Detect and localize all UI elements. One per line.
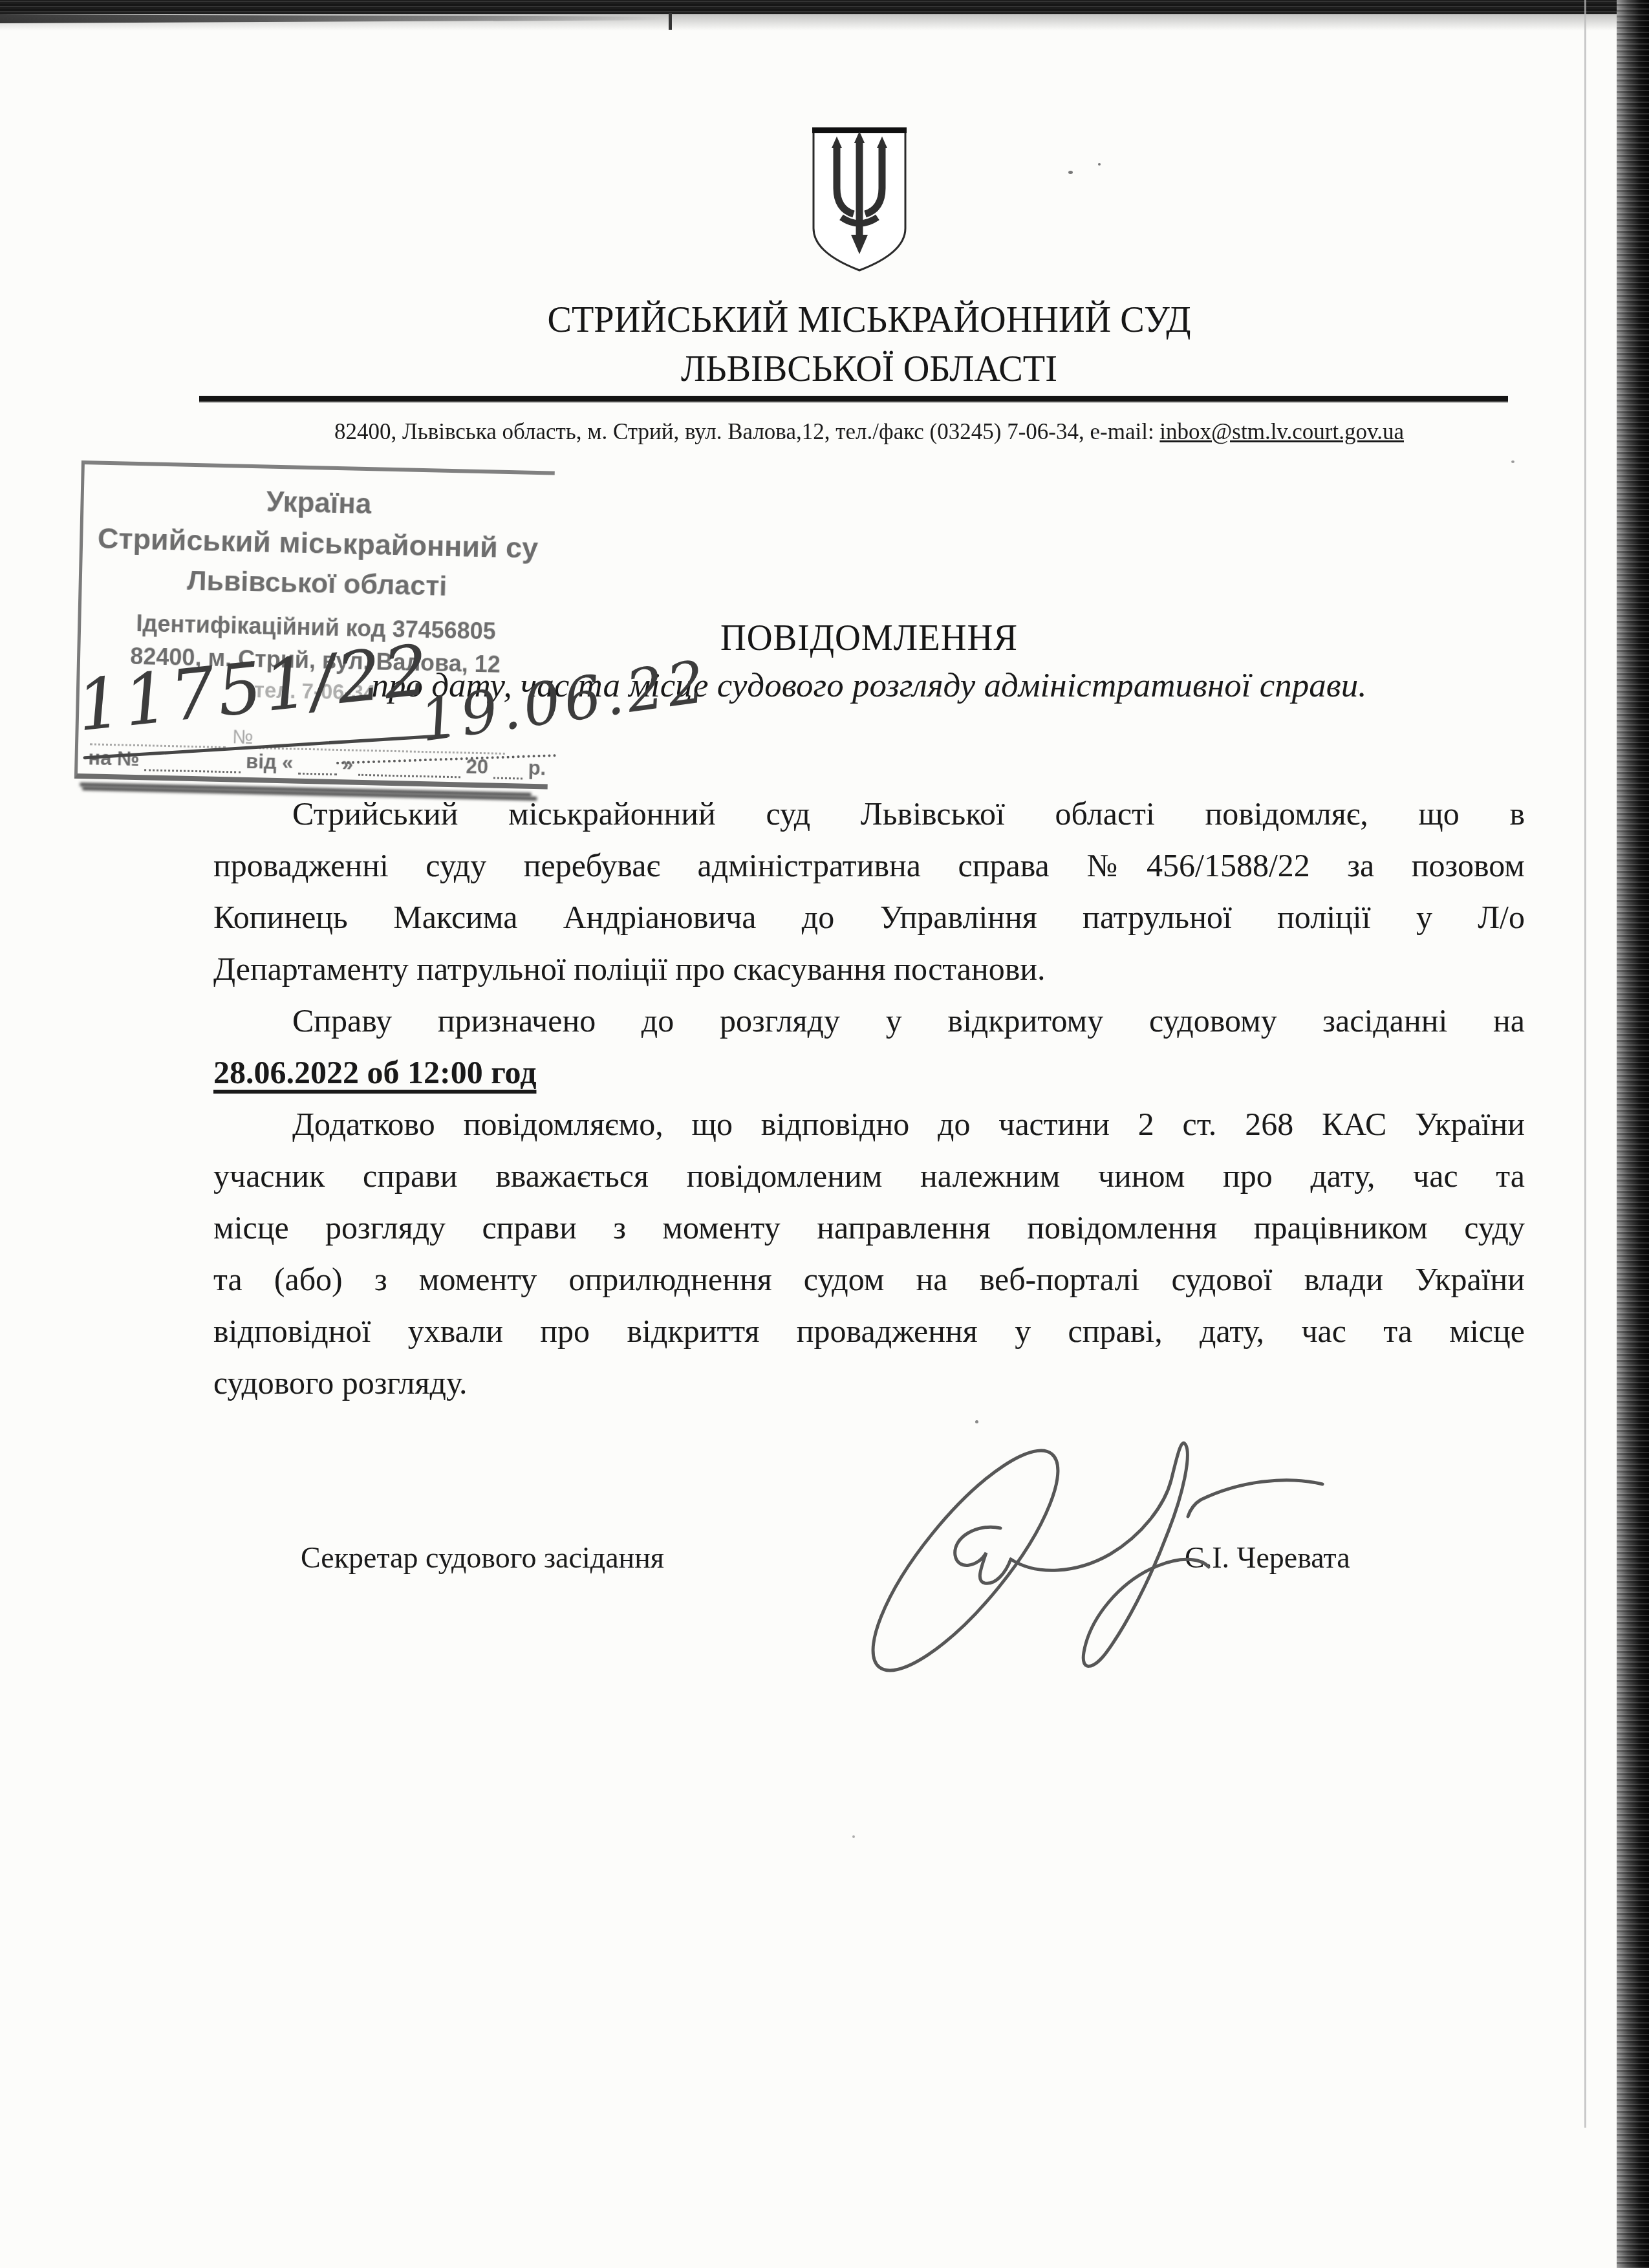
body-line: та (або) з моменту оприлюднення судом на… (213, 1253, 1525, 1305)
scan-artifact-top-fade (0, 14, 1649, 36)
scan-speck (669, 13, 672, 30)
letterhead-rule (199, 396, 1508, 402)
email-text: inbox@stm.lv.court.gov.ua (1159, 419, 1404, 444)
ukraine-trident-emblem-icon (810, 126, 909, 274)
notice-body: Стрийський міськрайонний суд Львівської … (213, 788, 1525, 1409)
body-line: Додатково повідомляємо, що відповідно до… (213, 1098, 1525, 1150)
blank-dotted-line (493, 757, 523, 779)
court-name-line1: СТРИЙСЬКИЙ МІСЬКРАЙОННИЙ СУД (233, 297, 1505, 341)
address-text: 82400, Львівська область, м. Стрий, вул.… (334, 419, 1159, 444)
handwritten-signature (863, 1426, 1326, 1691)
scan-speck (975, 1420, 978, 1423)
body-line: 28.06.2022 об 12:00 год (213, 1046, 1525, 1098)
body-line: Справу призначено до розгляду у відкрито… (213, 995, 1525, 1046)
body-line: судового розгляду. (213, 1357, 1525, 1409)
stamp-ref-r: р. (528, 757, 546, 781)
notice-title: ПОВІДОМЛЕННЯ (246, 616, 1493, 659)
body-line: Копинець Максима Андріановича до Управлі… (213, 891, 1525, 943)
scan-artifact-fold-line (1584, 0, 1586, 2128)
signature-label: Секретар судового засідання (301, 1540, 664, 1575)
scan-speck (1068, 171, 1073, 174)
body-line: місце розгляду справи з моменту направле… (213, 1202, 1525, 1253)
stamp-ref-vid: від « (246, 750, 294, 775)
body-line: провадженні суду перебуває адміністратив… (213, 839, 1525, 891)
scan-speck (1098, 163, 1101, 166)
scan-speck (852, 1835, 855, 1838)
blank-dotted-line (298, 753, 337, 775)
scan-artifact-top-bar (0, 0, 1649, 14)
body-line: учасник справи вважається повідомленим н… (213, 1150, 1525, 1202)
body-line: Департаменту патрульної поліції про скас… (213, 943, 1525, 995)
scan-artifact-right-band (1617, 0, 1649, 2268)
scan-speck (1511, 460, 1514, 463)
court-name-line2: ЛЬВІВСЬКОЇ ОБЛАСТІ (233, 347, 1505, 390)
body-line: відповідної ухвали про відкриття провадж… (213, 1305, 1525, 1357)
address-line: 82400, Львівська область, м. Стрий, вул.… (168, 419, 1570, 445)
scanned-court-notice-page: СТРИЙСЬКИЙ МІСЬКРАЙОННИЙ СУД ЛЬВІВСЬКОЇ … (0, 0, 1649, 2268)
